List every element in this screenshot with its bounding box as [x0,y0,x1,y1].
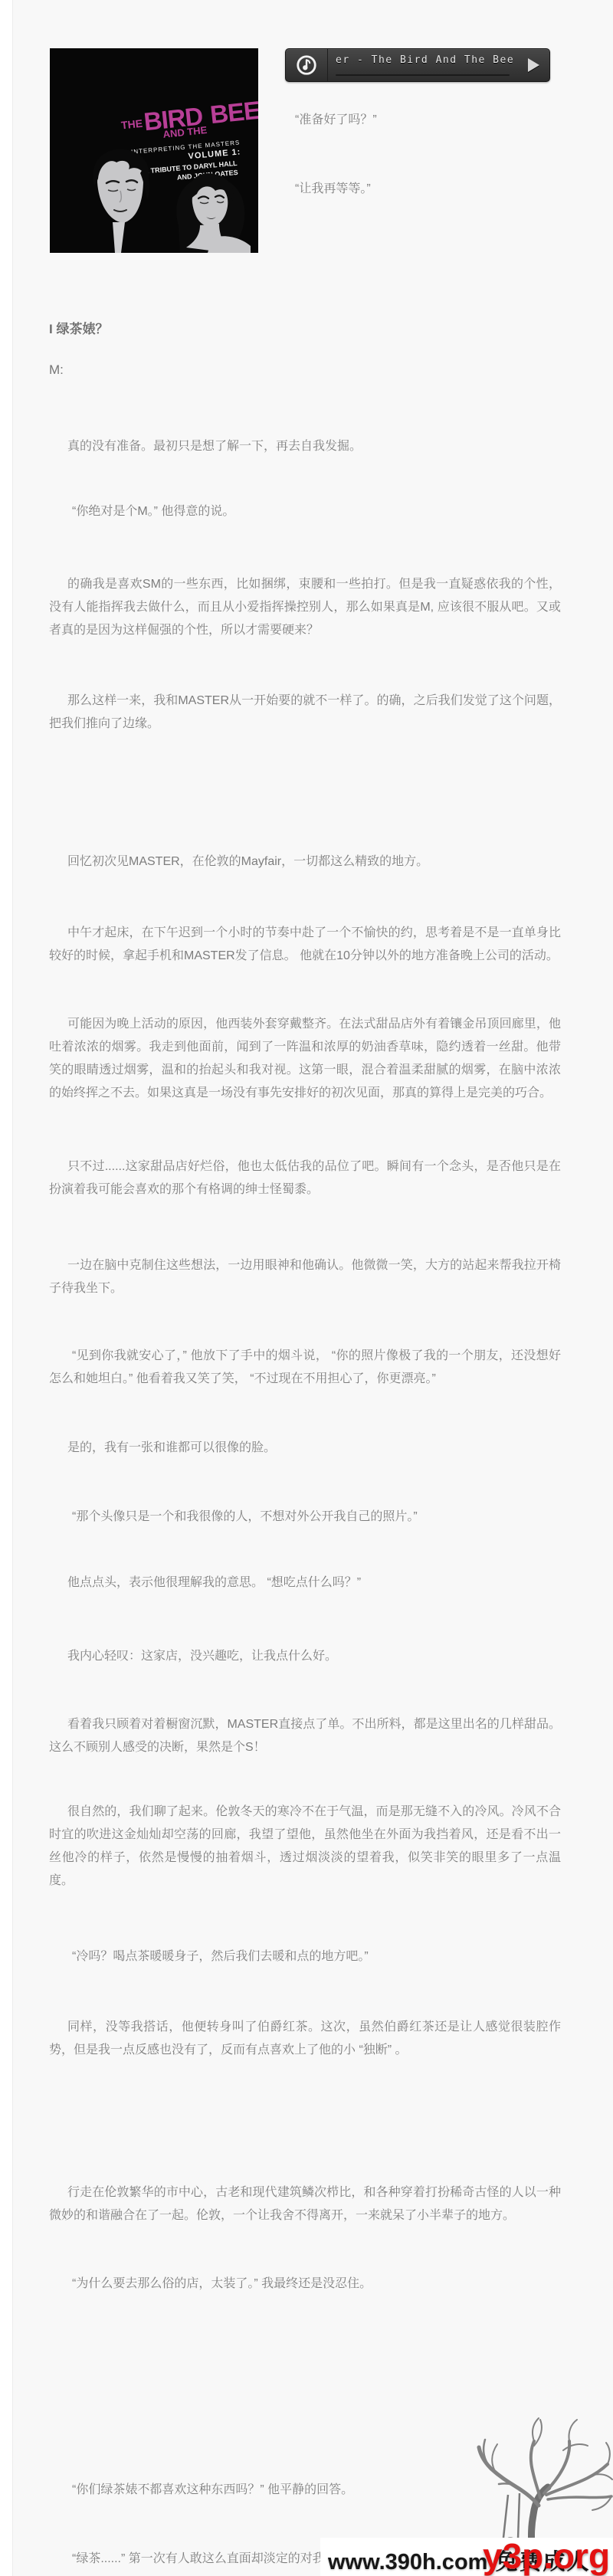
watermark-red-text: y3p.org [483,2538,610,2576]
paragraph: 一边在脑中克制住这些想法，一边用眼神和他确认。他微微一笑，大方的站起来帮我拉开椅… [49,1254,561,1300]
paragraph: “你绝对是个M。” 他得意的说。 [49,500,561,523]
paragraph: “见到你我就安心了，” 他放下了手中的烟斗说， “你的照片像极了我的一个朋友，还… [49,1345,561,1391]
paragraph: 行走在伦敦繁华的市中心，古老和现代建筑鳞次栉比，和各种穿着打扮稀奇古怪的人以一种… [49,2181,561,2227]
paragraph: 那么这样一来，我和MASTER从一开始要的就不一样了。的确，之后我们发觉了这个问… [49,690,561,736]
paragraph: 真的没有准备。最初只是想了解一下，再去自我发掘。 [49,435,561,458]
section-title: I 绿茶婊？ [49,318,108,337]
play-icon [528,58,539,72]
paragraph: 是的，我有一张和谁都可以很像的脸。 [49,1437,561,1460]
album-cover-art: THE BIRD AND THE BEE INTERPRETING THE MA… [50,48,258,253]
opening-quote: “准备好了吗？” [295,110,377,127]
player-track-area: er - The Bird And The Bee [328,49,517,81]
paragraph: 很自然的，我们聊了起来。伦敦冬天的寒冷不在于气温，而是那无缝不入的冷风。冷风不合… [49,1801,561,1893]
paragraph: “那个头像只是一个和我很像的人，不想对外公开我自己的照片。” [49,1506,561,1529]
paragraph: 他点点头，表示他很理解我的意思。 “想吃点什么吗？” [49,1571,561,1594]
paragraph: 可能因为晚上活动的原因，他西装外套穿戴整齐。在法式甜品店外有着镶金吊顶回廊里，他… [49,1013,561,1105]
cover-title-the: THE [120,117,143,132]
album-cover-image: THE BIRD AND THE BEE INTERPRETING THE MA… [50,48,258,253]
paragraph: 我内心轻叹：这家店，没兴趣吃，让我点什么好。 [49,1645,561,1668]
watermark-banner: www.390h.com免费成人 y3p.org [320,2538,613,2576]
paragraph: “冷吗？喝点茶暖暖身子，然后我们去暖和点的地方吧。” [49,1945,561,1968]
netease-cloud-music-icon[interactable] [286,49,328,81]
paragraph: “为什么要去那么俗的店，太装了。” 我最终还是没忍住。 [49,2273,561,2296]
track-title: er - The Bird And The Bee [336,54,514,66]
paragraph: 看着我只顾着对着橱窗沉默，MASTER直接点了单。不出所料，都是这里出名的几样甜… [49,1713,561,1759]
progress-bar[interactable] [336,74,510,76]
play-button[interactable] [517,49,549,81]
paragraph: 同样，没等我搭话，他便转身叫了伯爵红茶。这次，虽然伯爵红茶还是让人感觉很装腔作势… [49,2016,561,2062]
paragraph: 回忆初次见MASTER，在伦敦的Mayfair，一切都这么精致的地方。 [49,850,561,873]
cover-title-bee: BEE [208,96,258,129]
page-left-margin-strip [0,0,13,2576]
music-player[interactable]: er - The Bird And The Bee [285,48,550,82]
paragraph: 中午才起床，在下午迟到一个小时的节奏中赴了一个不愉快的约，思考着是不是一直单身比… [49,922,561,968]
paragraph: 只不过......这家甜品店好烂俗，他也太低估我的品位了吧。瞬间有一个念头，是否… [49,1155,561,1201]
paragraph: 的确我是喜欢SM的一些东西，比如捆绑，束腰和一些拍打。但是我一直疑惑依我的个性，… [49,573,561,642]
salutation: M: [49,362,64,378]
opening-quote: “让我再等等。” [295,179,371,196]
